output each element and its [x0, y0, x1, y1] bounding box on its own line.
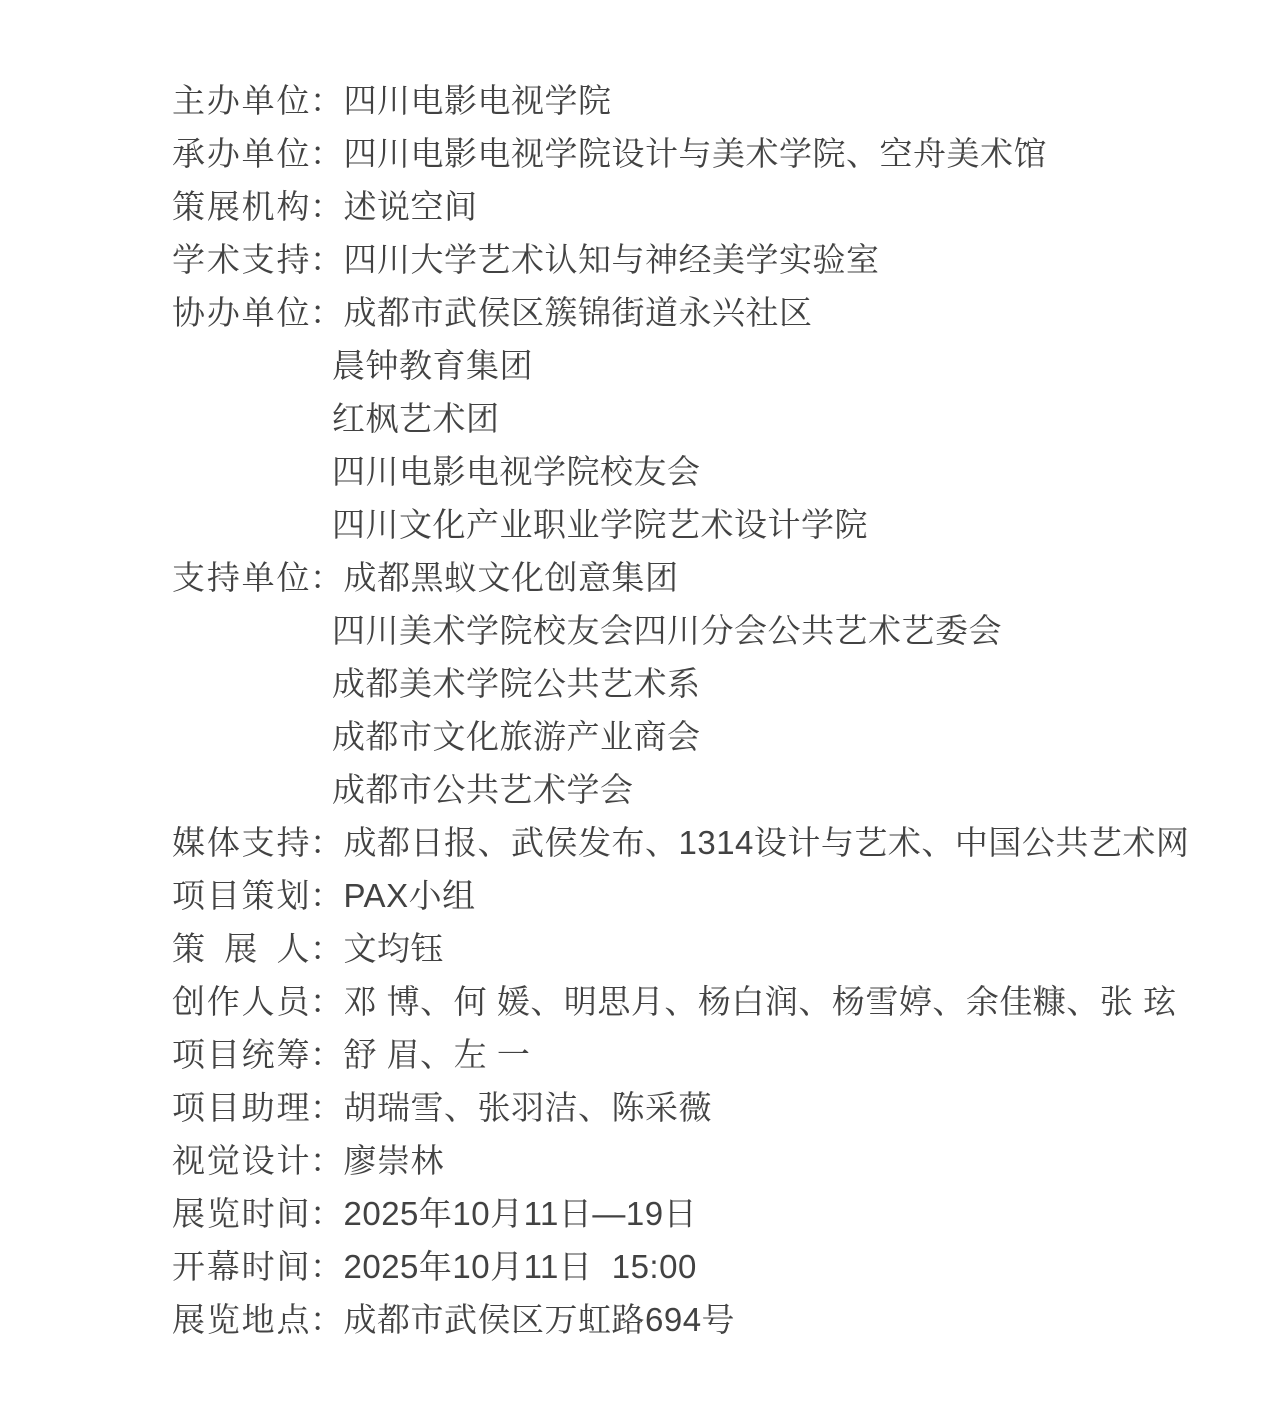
- colon-separator: ：: [310, 233, 344, 286]
- field-label: 项目助理: [172, 1081, 310, 1134]
- field-value: 四川文化产业职业学院艺术设计学院: [332, 498, 868, 551]
- info-row-organizer: 主办单位 ： 四川电影电视学院: [172, 74, 1220, 127]
- info-row-media-support: 媒体支持 ： 成都日报、武侯发布、1314设计与艺术、中国公共艺术网: [172, 816, 1220, 869]
- field-value: 晨钟教育集团: [332, 339, 533, 392]
- info-row-project-planning: 项目策划 ： PAX小组: [172, 869, 1220, 922]
- info-row-curatorial-agency: 策展机构 ： 述说空间: [172, 180, 1220, 233]
- field-value: 四川电影电视学院校友会: [332, 445, 701, 498]
- info-row-co-organizer: 承办单位 ： 四川电影电视学院设计与美术学院、空舟美术馆: [172, 127, 1220, 180]
- colon-separator: ：: [310, 1293, 344, 1346]
- info-row-exhibition-dates: 展览时间 ： 2025年10月11日—19日: [172, 1187, 1220, 1240]
- field-value: 邓 博、何 媛、明思月、杨白润、杨雪婷、余佳糠、张 玹: [344, 975, 1177, 1028]
- colon-separator: ：: [310, 1028, 344, 1081]
- info-row-continuation: 红枫艺术团: [172, 392, 1220, 445]
- field-value: 文均钰: [344, 922, 445, 975]
- field-label: 主办单位: [172, 74, 310, 127]
- field-label: 创作人员: [172, 975, 310, 1028]
- info-row-continuation: 成都市公共艺术学会: [172, 763, 1220, 816]
- info-row-curator: 策 展 人 ： 文均钰: [172, 922, 1220, 975]
- field-label: 策展机构: [172, 180, 310, 233]
- field-value: 2025年10月11日 15:00: [344, 1240, 697, 1293]
- field-value: 成都美术学院公共艺术系: [332, 657, 701, 710]
- field-value: PAX小组: [344, 869, 476, 922]
- field-label: 协办单位: [172, 286, 310, 339]
- field-value: 红枫艺术团: [332, 392, 500, 445]
- field-value: 成都市武侯区万虹路694号: [344, 1293, 736, 1346]
- colon-separator: ：: [310, 180, 344, 233]
- field-value: 舒 眉、左 一: [344, 1028, 531, 1081]
- info-row-continuation: 四川美术学院校友会四川分会公共艺术艺委会: [172, 604, 1220, 657]
- info-row-academic-support: 学术支持 ： 四川大学艺术认知与神经美学实验室: [172, 233, 1220, 286]
- info-row-creators: 创作人员 ： 邓 博、何 媛、明思月、杨白润、杨雪婷、余佳糠、张 玹: [172, 975, 1220, 1028]
- info-row-exhibition-venue: 展览地点 ： 成都市武侯区万虹路694号: [172, 1293, 1220, 1346]
- field-label: 展览时间: [172, 1187, 310, 1240]
- field-label: 视觉设计: [172, 1134, 310, 1187]
- colon-separator: ：: [310, 869, 344, 922]
- colon-separator: ：: [310, 127, 344, 180]
- field-label: 策 展 人: [172, 922, 310, 975]
- info-row-visual-design: 视觉设计 ： 廖崇林: [172, 1134, 1220, 1187]
- colon-separator: ：: [310, 922, 344, 975]
- field-value: 成都日报、武侯发布、1314设计与艺术、中国公共艺术网: [344, 816, 1190, 869]
- field-value: 廖崇林: [344, 1134, 445, 1187]
- field-label: 展览地点: [172, 1293, 310, 1346]
- info-row-assisting-units: 协办单位 ： 成都市武侯区簇锦街道永兴社区: [172, 286, 1220, 339]
- colon-separator: ：: [310, 1081, 344, 1134]
- field-value: 成都市武侯区簇锦街道永兴社区: [344, 286, 813, 339]
- field-value: 四川美术学院校友会四川分会公共艺术艺委会: [332, 604, 1002, 657]
- field-value: 成都市文化旅游产业商会: [332, 710, 701, 763]
- colon-separator: ：: [310, 1134, 344, 1187]
- colon-separator: ：: [310, 816, 344, 869]
- field-value: 成都市公共艺术学会: [332, 763, 634, 816]
- colon-separator: ：: [310, 1187, 344, 1240]
- info-row-project-coordination: 项目统筹 ： 舒 眉、左 一: [172, 1028, 1220, 1081]
- field-value: 2025年10月11日—19日: [344, 1187, 698, 1240]
- field-label: 承办单位: [172, 127, 310, 180]
- field-value: 成都黑蚁文化创意集团: [344, 551, 679, 604]
- colon-separator: ：: [310, 551, 344, 604]
- info-row-continuation: 四川文化产业职业学院艺术设计学院: [172, 498, 1220, 551]
- info-row-continuation: 晨钟教育集团: [172, 339, 1220, 392]
- field-value: 胡瑞雪、张羽洁、陈采薇: [344, 1081, 713, 1134]
- colon-separator: ：: [310, 286, 344, 339]
- field-value: 述说空间: [344, 180, 478, 233]
- field-value: 四川电影电视学院设计与美术学院、空舟美术馆: [344, 127, 1048, 180]
- info-row-project-assistants: 项目助理 ： 胡瑞雪、张羽洁、陈采薇: [172, 1081, 1220, 1134]
- field-value: 四川电影电视学院: [344, 74, 612, 127]
- info-row-continuation: 成都市文化旅游产业商会: [172, 710, 1220, 763]
- field-label: 支持单位: [172, 551, 310, 604]
- field-label: 项目策划: [172, 869, 310, 922]
- colon-separator: ：: [310, 74, 344, 127]
- info-row-continuation: 成都美术学院公共艺术系: [172, 657, 1220, 710]
- field-label: 开幕时间: [172, 1240, 310, 1293]
- colon-separator: ：: [310, 975, 344, 1028]
- info-row-supporting-units: 支持单位 ： 成都黑蚁文化创意集团: [172, 551, 1220, 604]
- field-label: 媒体支持: [172, 816, 310, 869]
- colon-separator: ：: [310, 1240, 344, 1293]
- field-value: 四川大学艺术认知与神经美学实验室: [344, 233, 880, 286]
- field-label: 学术支持: [172, 233, 310, 286]
- field-label: 项目统筹: [172, 1028, 310, 1081]
- info-row-opening-time: 开幕时间 ： 2025年10月11日 15:00: [172, 1240, 1220, 1293]
- exhibition-credits-list: 主办单位 ： 四川电影电视学院 承办单位 ： 四川电影电视学院设计与美术学院、空…: [0, 0, 1280, 1346]
- info-row-continuation: 四川电影电视学院校友会: [172, 445, 1220, 498]
